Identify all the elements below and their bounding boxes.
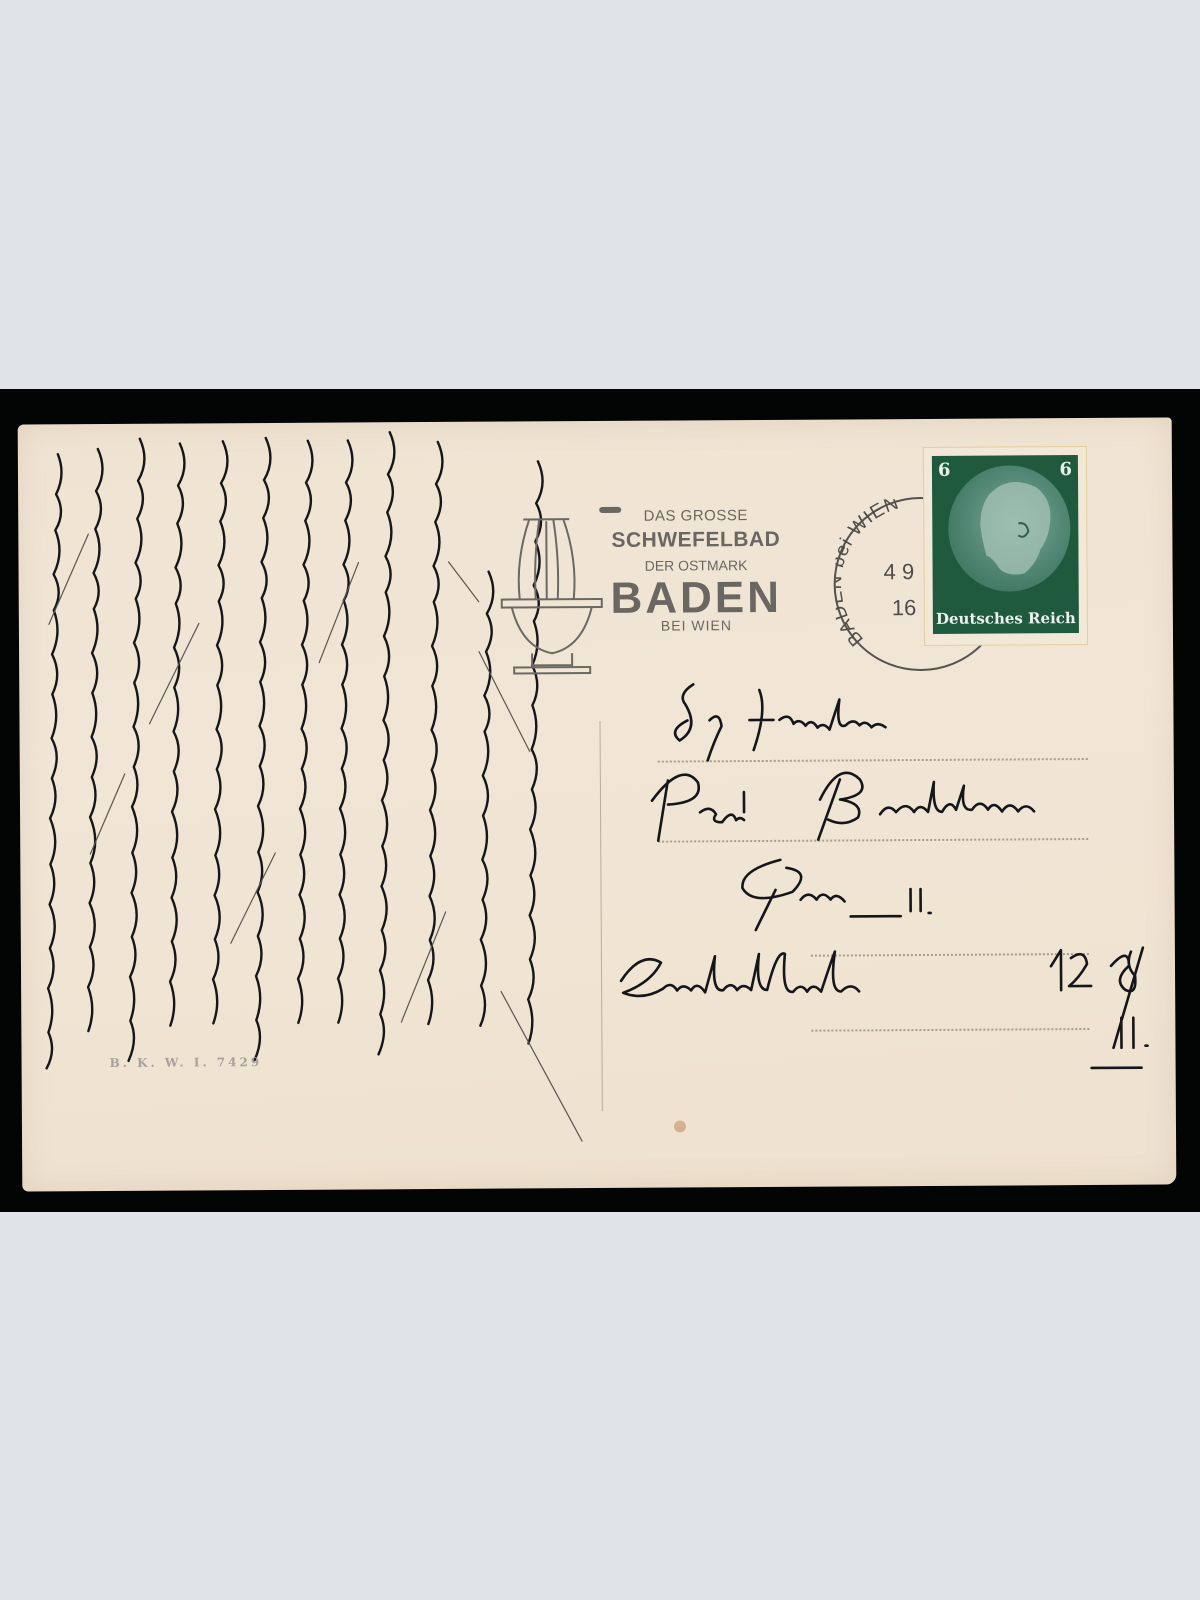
address-handwriting [18, 417, 1177, 1191]
postcard: B. K. W. I. 7429 DAS GROSSE SCHWEFELBAD … [18, 417, 1177, 1191]
